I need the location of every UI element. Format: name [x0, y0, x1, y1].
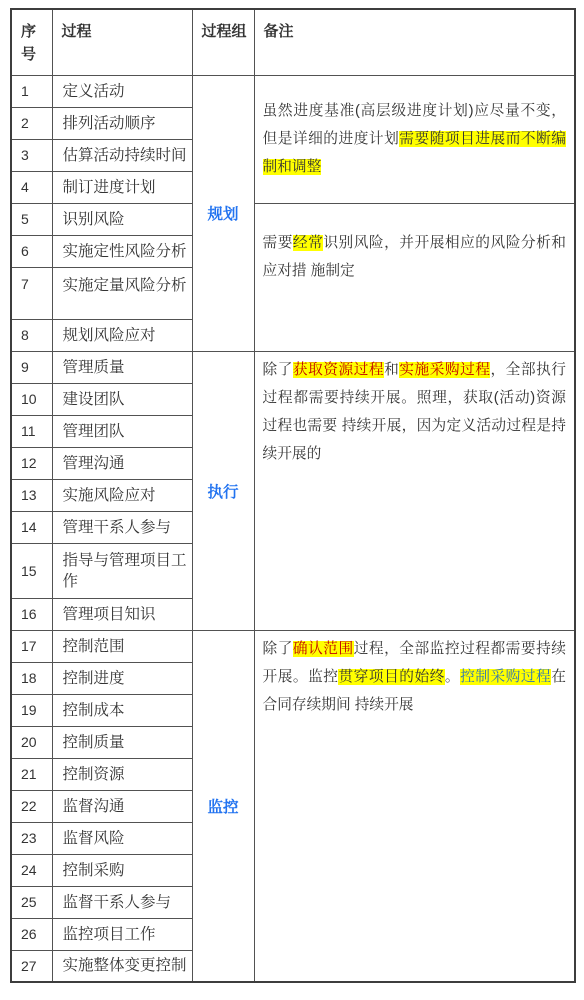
row-number-cell: 15 [11, 543, 52, 598]
row-number-cell: 16 [11, 598, 52, 630]
highlighted-segment: 获取资源过程 [293, 362, 384, 378]
remark-cell: 除了获取资源过程和实施采购过程，全部执行过程都需要持续开展。照理，获取(活动)资… [254, 351, 575, 630]
row-number-cell: 19 [11, 694, 52, 726]
process-name-cell: 管理干系人参与 [52, 511, 192, 543]
remark-segment: 。 [445, 669, 460, 685]
remark-segment: 需要 [263, 235, 293, 251]
row-number-cell: 10 [11, 383, 52, 415]
process-name-cell: 控制采购 [52, 854, 192, 886]
header-process-group: 过程组 [192, 9, 254, 75]
row-number-cell: 9 [11, 351, 52, 383]
row-number-cell: 27 [11, 950, 52, 982]
remark-cell: 虽然进度基准(高层级进度计划)应尽量不变，但是详细的进度计划需要随项目进展而不断… [254, 75, 575, 203]
process-name-cell: 控制资源 [52, 758, 192, 790]
row-number-cell: 13 [11, 479, 52, 511]
header-seq-number: 序号 [11, 9, 52, 75]
process-name-cell: 监控项目工作 [52, 918, 192, 950]
process-name-cell: 建设团队 [52, 383, 192, 415]
process-table-body: 1定义活动规划虽然进度基准(高层级进度计划)应尽量不变，但是详细的进度计划需要随… [11, 75, 575, 982]
process-name-cell: 管理项目知识 [52, 598, 192, 630]
process-name-cell: 监督干系人参与 [52, 886, 192, 918]
process-name-cell: 排列活动顺序 [52, 107, 192, 139]
remark-segment: 除了 [263, 641, 293, 657]
table-row: 17控制范围监控除了确认范围过程，全部监控过程都需要持续开展。监控贯穿项目的始终… [11, 630, 575, 662]
row-number-cell: 4 [11, 171, 52, 203]
row-number-cell: 26 [11, 918, 52, 950]
highlighted-segment: 控制采购过程 [460, 669, 551, 685]
highlighted-segment: 实施采购过程 [399, 362, 490, 378]
process-name-cell: 指导与管理项目工作 [52, 543, 192, 598]
process-name-cell: 控制进度 [52, 662, 192, 694]
table-row: 1定义活动规划虽然进度基准(高层级进度计划)应尽量不变，但是详细的进度计划需要随… [11, 75, 575, 107]
process-name-cell: 估算活动持续时间 [52, 139, 192, 171]
row-number-cell: 11 [11, 415, 52, 447]
row-number-cell: 2 [11, 107, 52, 139]
process-name-cell: 管理团队 [52, 415, 192, 447]
row-number-cell: 14 [11, 511, 52, 543]
process-name-cell: 实施整体变更控制 [52, 950, 192, 982]
row-number-cell: 7 [11, 267, 52, 319]
process-table: 序号 过程 过程组 备注 1定义活动规划虽然进度基准(高层级进度计划)应尽量不变… [10, 8, 576, 983]
remark-segment: 除了 [263, 362, 293, 378]
highlighted-segment: 确认范围 [293, 641, 354, 657]
remark-cell: 需要经常识别风险，并开展相应的风险分析和应对措 施制定 [254, 203, 575, 351]
process-group-cell: 规划 [192, 75, 254, 351]
process-name-cell: 控制成本 [52, 694, 192, 726]
row-number-cell: 23 [11, 822, 52, 854]
row-number-cell: 24 [11, 854, 52, 886]
process-name-cell: 实施定性风险分析 [52, 235, 192, 267]
table-row: 9管理质量执行除了获取资源过程和实施采购过程，全部执行过程都需要持续开展。照理，… [11, 351, 575, 383]
row-number-cell: 1 [11, 75, 52, 107]
header-remarks: 备注 [254, 9, 575, 75]
row-number-cell: 22 [11, 790, 52, 822]
table-row: 5识别风险需要经常识别风险，并开展相应的风险分析和应对措 施制定 [11, 203, 575, 235]
header-row: 序号 过程 过程组 备注 [11, 9, 575, 75]
process-name-cell: 定义活动 [52, 75, 192, 107]
highlighted-segment: 经常 [293, 235, 323, 251]
row-number-cell: 20 [11, 726, 52, 758]
process-name-cell: 识别风险 [52, 203, 192, 235]
row-number-cell: 3 [11, 139, 52, 171]
row-number-cell: 18 [11, 662, 52, 694]
process-name-cell: 控制范围 [52, 630, 192, 662]
process-name-cell: 监督风险 [52, 822, 192, 854]
process-name-cell: 制订进度计划 [52, 171, 192, 203]
row-number-cell: 8 [11, 319, 52, 351]
process-name-cell: 监督沟通 [52, 790, 192, 822]
process-group-cell: 执行 [192, 351, 254, 630]
highlighted-segment: 贯穿项目的始终 [338, 669, 444, 685]
row-number-cell: 12 [11, 447, 52, 479]
row-number-cell: 21 [11, 758, 52, 790]
process-name-cell: 实施风险应对 [52, 479, 192, 511]
process-name-cell: 管理沟通 [52, 447, 192, 479]
process-name-cell: 规划风险应对 [52, 319, 192, 351]
process-name-cell: 实施定量风险分析 [52, 267, 192, 319]
row-number-cell: 17 [11, 630, 52, 662]
remark-segment: 和 [384, 362, 399, 378]
remark-cell: 除了确认范围过程，全部监控过程都需要持续开展。监控贯穿项目的始终。控制采购过程在… [254, 630, 575, 982]
row-number-cell: 5 [11, 203, 52, 235]
row-number-cell: 6 [11, 235, 52, 267]
process-name-cell: 控制质量 [52, 726, 192, 758]
header-process: 过程 [52, 9, 192, 75]
process-name-cell: 管理质量 [52, 351, 192, 383]
row-number-cell: 25 [11, 886, 52, 918]
process-group-cell: 监控 [192, 630, 254, 982]
